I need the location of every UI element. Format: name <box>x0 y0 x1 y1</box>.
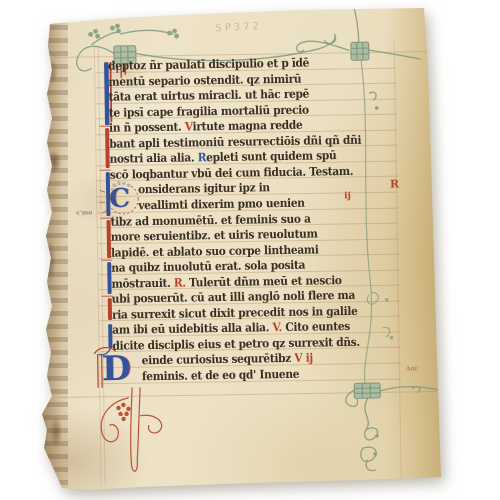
text-line: na quibz inuolutū erat. sola posita <box>111 258 305 275</box>
text-line: lapidē. et ablato suo corpe lintheami <box>111 242 319 259</box>
text-block: deptoz ñr paulatī discipulio et p īdēmen… <box>0 0 496 4</box>
text-line: feminis. et de eo qd' Inuene <box>142 367 299 383</box>
text-line: tibz ad monumētū. et feminis suo a <box>110 211 310 228</box>
parchment: SP372 C D deptoz ñr paulatī discipulio e… <box>0 0 500 500</box>
text-line: am ibi eū uidebitis alla alia. V. Cito e… <box>112 320 350 338</box>
text-line: deptoz ñr paulatī discipulio et p īdē <box>108 56 309 73</box>
text-line: tāta erat uirtus miracli. ut hāc repē <box>108 87 309 104</box>
text-line: onsiderans igitur ipz in <box>138 181 270 197</box>
margin-note: ij <box>344 191 351 201</box>
pencil-inscription: SP372 <box>215 21 262 34</box>
margin-note: c'mo <box>76 209 92 216</box>
margin-note: Am' <box>406 365 419 372</box>
ruled-line <box>58 391 436 398</box>
photo-backdrop: SP372 C D deptoz ñr paulatī discipulio e… <box>0 0 500 500</box>
text-line: einde curiosius sequrētibz V ij <box>142 351 313 367</box>
text-line: more seruientibz. et uiris reuolutum <box>111 227 318 244</box>
text-line: dicite disciplis eius et petro qz surrex… <box>112 335 360 353</box>
vine-flourish-bottom-right <box>346 386 440 471</box>
marginalia: Rijc'moAm' <box>0 0 496 4</box>
vine-flourish-top-right <box>296 7 421 111</box>
text-line: mōstrauit. R. Tulerūt dñm meū et nescio <box>111 273 341 290</box>
knot-ornament-bottom-right <box>354 383 380 398</box>
text-line: mentū separio ostendit. qz nimirū <box>108 72 301 89</box>
text-line: ubi posuerūt. cū aut illi anglō noli fle… <box>112 289 355 307</box>
ruling-lines <box>0 0 496 4</box>
initial-d: D <box>102 349 132 389</box>
text-line: nostri alia alia. Repleti sunt quidem sp… <box>109 149 336 166</box>
vertical-rule <box>394 42 402 482</box>
text-line: scō loqbantur vbū dei cum fiducia. Testa… <box>110 164 354 182</box>
margin-note: R <box>390 178 399 191</box>
text-line: veallimti dixerim pmo uenien <box>138 196 305 212</box>
manuscript-leaf: SP372 C D deptoz ñr paulatī discipulio e… <box>0 0 500 500</box>
text-line: in ñ possent. Virtute magna redde <box>109 118 303 135</box>
initial-c: C <box>109 184 130 214</box>
text-line: te ipsī cape fragilia mortaliū precio <box>109 103 309 120</box>
penwork-cascade-bottom-left <box>101 387 163 471</box>
